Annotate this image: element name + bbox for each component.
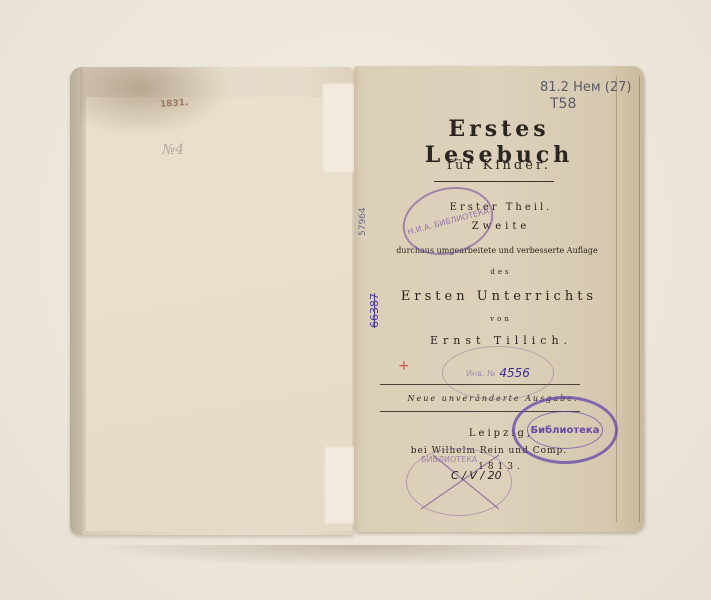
stamp-inner-ring [527,411,603,449]
stamp-d-text: БИБЛИОТЕКА [421,455,477,464]
inventory-stamp: Инв. № 4556 [442,346,554,400]
stamp-b-number: 4556 [499,366,530,380]
inventory-number-2: 66387 [368,293,381,328]
shelfmark-line-2: T58 [550,96,576,112]
stamp-a-text: Н.И.А. БИБЛИОТЕКА [406,206,489,236]
pencil-mark: №4 [162,142,184,158]
cancelled-library-stamp: БИБЛИОТЕКА C / V / 20 [406,448,512,516]
series-title: Ersten Unterrichts [374,289,624,304]
inventory-number-1: 57964 [358,207,368,236]
book-subtitle: für Kinder. [374,158,624,173]
shelfmark-line-1: 81.2 Нем (27) [540,80,631,95]
stamp-d-code: C / V / 20 [451,469,502,482]
library-stamp-c: Библиотека [512,396,618,464]
edition-description: durchaus umgearbeitete und verbesserte A… [362,246,632,255]
endpaper [86,97,352,531]
water-stain [80,67,230,137]
des-label: des [376,268,626,276]
stamp-b-text: Инв. № [466,369,495,378]
ink-mark: 1831. [160,98,189,110]
red-cross-mark: + [398,358,410,374]
book-shadow [80,545,640,567]
title-page: Erstes Lesebuch für Kinder. Erster Theil… [354,66,644,532]
inside-front-cover: 1831. №4 [70,67,354,535]
von-label: von [376,315,626,323]
divider [434,181,554,182]
